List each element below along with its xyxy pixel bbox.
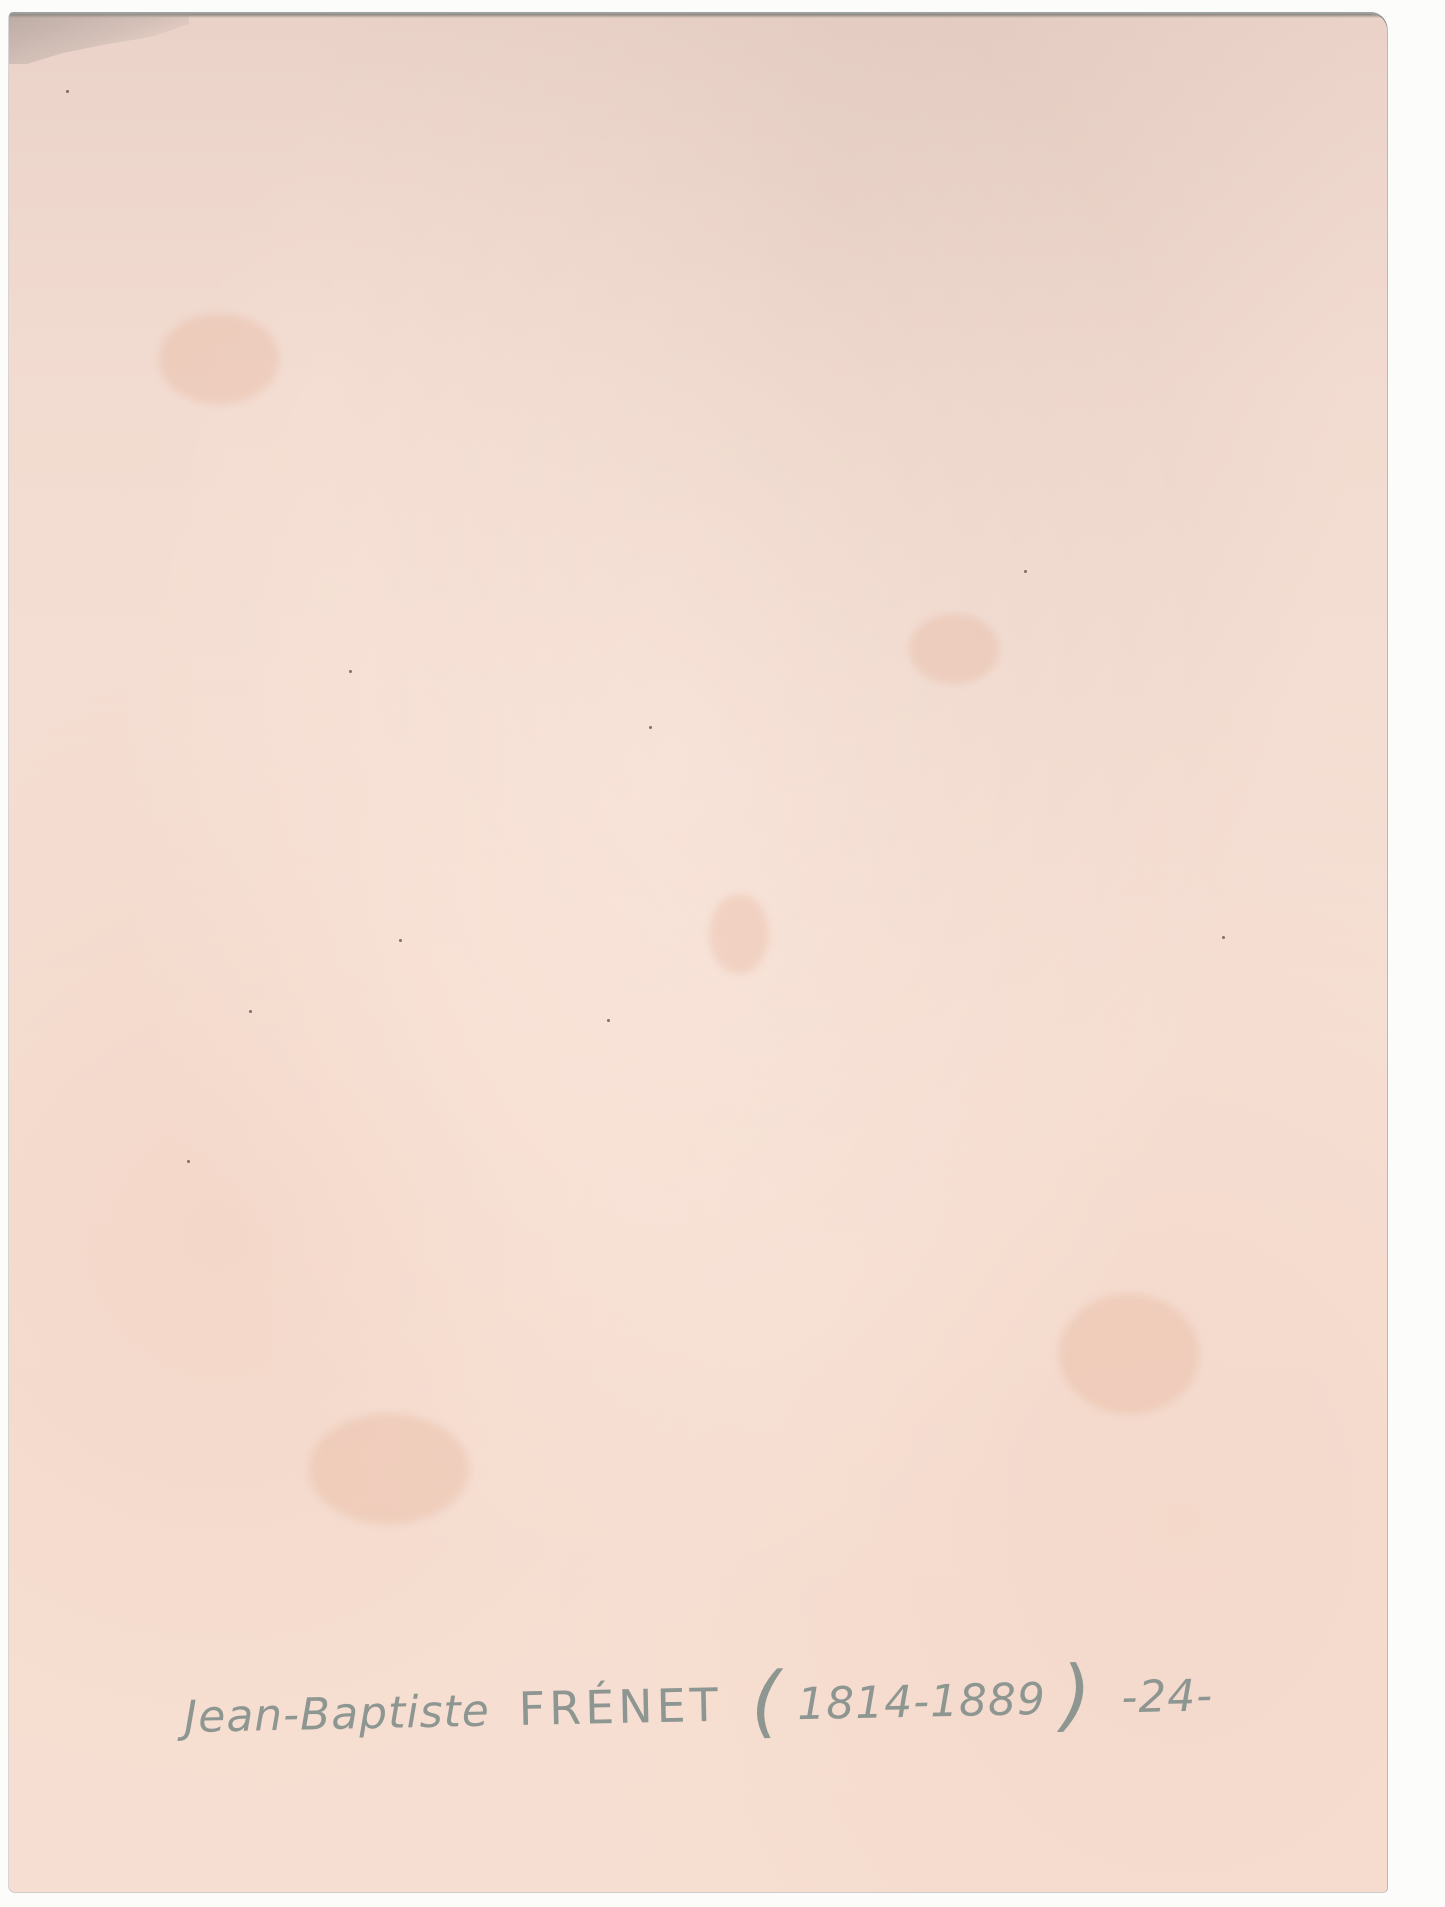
dust-speck: [399, 939, 402, 942]
inscription-surname: FRÉNET: [518, 1678, 722, 1736]
photo-card-back: Jean-Baptiste FRÉNET ( 1814-1889 ) -24-: [9, 14, 1387, 1892]
inscription-paren-close: ): [1060, 1650, 1093, 1741]
pencil-inscription: Jean-Baptiste FRÉNET ( 1814-1889 ) -24-: [183, 1639, 1228, 1751]
foxing-stain: [309, 1414, 469, 1524]
torn-corner-stain: [9, 14, 189, 64]
inscription-dates: 1814-1889: [797, 1674, 1047, 1730]
foxing-stain: [1059, 1294, 1199, 1414]
dust-speck: [66, 90, 69, 93]
inscription-paren-open: (: [750, 1656, 783, 1747]
dust-speck: [349, 670, 352, 673]
foxing-stain: [909, 614, 999, 684]
dust-speck: [187, 1160, 190, 1163]
foxing-stain: [159, 314, 279, 404]
inscription-given-names: Jean-Baptiste: [184, 1686, 491, 1743]
dust-speck: [249, 1010, 252, 1013]
dust-speck: [649, 726, 652, 729]
scan-background: Jean-Baptiste FRÉNET ( 1814-1889 ) -24-: [0, 0, 1445, 1907]
dust-speck: [1222, 936, 1225, 939]
card-top-edge: [9, 14, 1387, 18]
inscription-lot-number: -24-: [1121, 1670, 1214, 1723]
foxing-stain: [709, 894, 769, 974]
dust-speck: [607, 1019, 610, 1022]
dust-speck: [1024, 570, 1027, 573]
